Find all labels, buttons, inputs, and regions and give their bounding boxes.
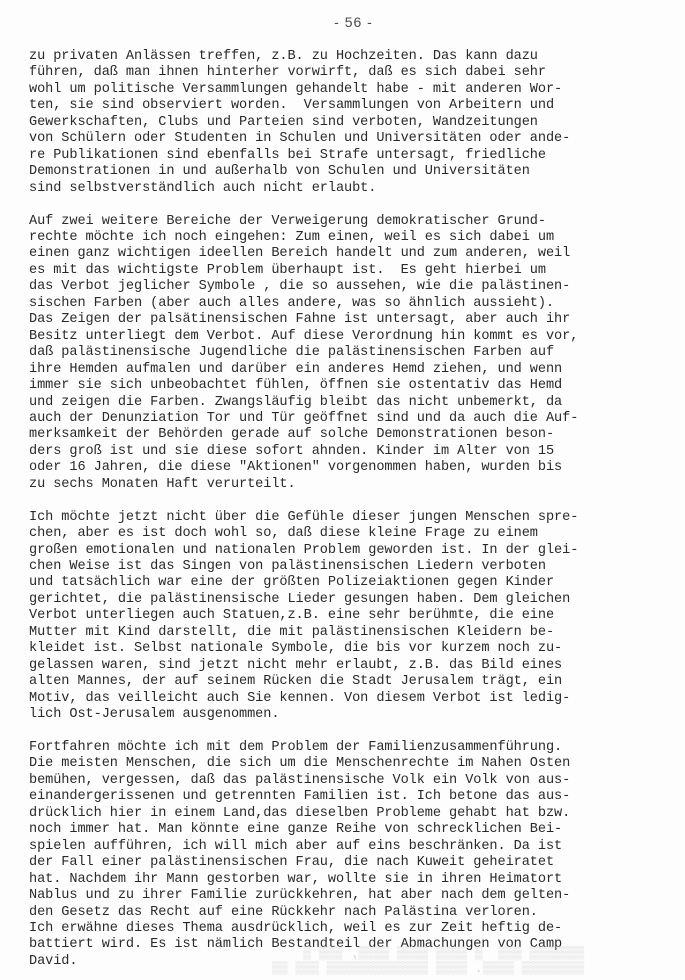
- text-line: bemühen, vergessen, daß das palästinensi…: [29, 773, 685, 789]
- text-line: sischen Farben (aber auch alles andere, …: [29, 296, 685, 312]
- paragraph-3: Ich möchte jetzt nicht über die Gefühle …: [29, 510, 685, 724]
- text-line: Nablus und zu ihrer Familie zurückkehren…: [29, 888, 685, 904]
- text-line: Auf zwei weitere Bereiche der Verweigeru…: [29, 214, 685, 230]
- text-line: drücklich hier in einem Land,das dieselb…: [29, 806, 685, 822]
- text-line: gelassen waren, sind jetzt nicht mehr er…: [29, 658, 685, 674]
- text-line: gerichtet, die palästinensische Lieder g…: [29, 592, 685, 608]
- text-line: chen Weise ist das Singen von palästinen…: [29, 559, 685, 575]
- text-line: und tatsächlich war eine der größten Pol…: [29, 575, 685, 591]
- text-line: und zeigen die Farben. Zwangsläufig blei…: [29, 395, 685, 411]
- text-line: ihre Hemden aufmalen und darüber ein and…: [29, 362, 685, 378]
- text-line: immer sie sich unbeobachtet fühlen, öffn…: [29, 378, 685, 394]
- text-line: chen, aber es ist doch wohl so, daß dies…: [29, 526, 685, 542]
- text-line: alten Mannes, der auf seinem Rücken die …: [29, 674, 685, 690]
- paper-bleed-through-texture: ▒▒▒▒▒▒▒ ▒▒▒ ▒ ▒▒▒▒ ▒▒▒▒ ▒▒▒▒, ▒▒▒ ▒ ▒▒▒▒…: [272, 946, 584, 976]
- text-line: Ich möchte jetzt nicht über die Gefühle …: [29, 510, 685, 526]
- text-line: zu sechs Monaten Haft verurteilt.: [29, 477, 685, 493]
- text-line: großen emotionalen und nationalen Proble…: [29, 543, 685, 559]
- paragraph-4: Fortfahren möchte ich mit dem Problem de…: [29, 740, 685, 970]
- text-line: spielen aufführen, ich will mich aber au…: [29, 839, 685, 855]
- text-line: von Schülern oder Studenten in Schulen u…: [29, 131, 685, 147]
- text-line: das Verbot jeglicher Symbole , die so au…: [29, 279, 685, 295]
- text-line: sind selbstverständlich auch nicht erlau…: [29, 181, 685, 197]
- text-line: oder 16 Jahren, die diese "Aktionen" vor…: [29, 460, 685, 476]
- text-line: Gewerkschaften, Clubs und Parteien sind …: [29, 115, 685, 131]
- text-line: rechte möchte ich noch eingehen: Zum ein…: [29, 230, 685, 246]
- text-line: einen ganz wichtigen ideellen Bereich ha…: [29, 246, 685, 262]
- text-line: Mutter mit Kind darstellt, die mit paläs…: [29, 625, 685, 641]
- text-line: es mit das wichtigste Problem überhaupt …: [29, 263, 685, 279]
- text-line: zu privaten Anlässen treffen, z.B. zu Ho…: [29, 49, 685, 65]
- paragraph-1: zu privaten Anlässen treffen, z.B. zu Ho…: [29, 49, 685, 197]
- text-line: hat. Nachdem ihr Mann gestorben war, wol…: [29, 872, 685, 888]
- text-line: Motiv, das veilleicht auch Sie kennen. V…: [29, 691, 685, 707]
- text-line: führen, daß man ihnen hinterher vorwirft…: [29, 65, 685, 81]
- text-line: re Publikationen sind ebenfalls bei Stra…: [29, 148, 685, 164]
- document-body: zu privaten Anlässen treffen, z.B. zu Ho…: [29, 49, 685, 980]
- text-line: lich Ost-Jerusalem ausgenommen.: [29, 707, 685, 723]
- text-line: Demonstrationen in und außerhalb von Sch…: [29, 164, 685, 180]
- text-line: wohl um politische Versammlungen gehande…: [29, 82, 685, 98]
- text-line: ders groß ist und sie diese sofort ahnde…: [29, 444, 685, 460]
- text-line: Das Zeigen der palsätinensischen Fahne i…: [29, 312, 685, 328]
- page-number: - 56 -: [0, 14, 685, 30]
- text-line: den Gesetz das Recht auf eine Rückkehr n…: [29, 905, 685, 921]
- text-line: noch immer hat. Man könnte eine ganze Re…: [29, 822, 685, 838]
- text-line: einandergerissenen und getrennten Famili…: [29, 789, 685, 805]
- text-line: daß palästinensische Jugendliche die pal…: [29, 345, 685, 361]
- text-line: kleidet ist. Selbst nationale Symbole, d…: [29, 641, 685, 657]
- text-line: Die meisten Menschen, die sich um die Me…: [29, 756, 685, 772]
- text-line: ten, sie sind observiert worden. Versamm…: [29, 98, 685, 114]
- text-line: der Fall einer palästinensischen Frau, d…: [29, 855, 685, 871]
- paragraph-2: Auf zwei weitere Bereiche der Verweigeru…: [29, 214, 685, 494]
- text-line: Fortfahren möchte ich mit dem Problem de…: [29, 740, 685, 756]
- text-line: Ich erwähne dieses Thema ausdrücklich, w…: [29, 921, 685, 937]
- text-line: Besitz unterliegt dem Verbot. Auf diese …: [29, 329, 685, 345]
- text-line: auch der Denunziation Tor und Tür geöffn…: [29, 411, 685, 427]
- text-line: Verbot unterliegen auch Statuen,z.B. ein…: [29, 608, 685, 624]
- text-line: merksamkeit der Behörden gerade auf solc…: [29, 427, 685, 443]
